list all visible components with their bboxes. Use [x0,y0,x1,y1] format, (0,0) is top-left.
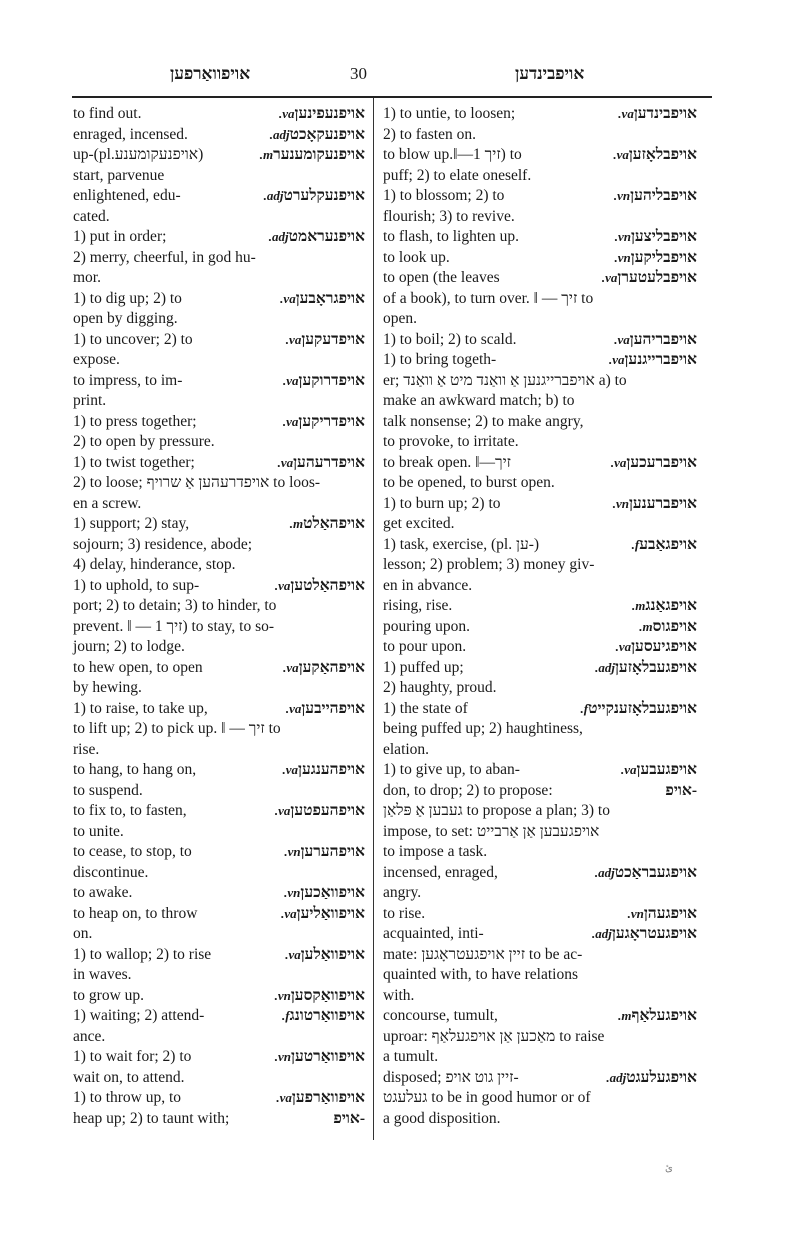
dictionary-line: 1) puffed up;אויפגעבלאָזעןadj. [383,658,697,679]
dictionary-line: puff; 2) to elate oneself. [383,166,697,187]
headword: אויפגעבען [637,761,698,778]
dictionary-line: open. [383,309,697,330]
part-of-speech: va. [275,803,291,818]
part-of-speech: va. [613,147,629,162]
headword: אויפוואַלען [301,946,365,963]
part-of-speech: va. [279,106,295,121]
headword-group: אויפוואַלעןva. [281,945,365,966]
definition-text: 2) to fasten on. [383,125,476,146]
definition-text: to look up. [383,248,450,269]
definition-text: by hewing. [73,678,142,699]
dictionary-line: to hang, to hang on,אויפהענגעןva. [73,760,365,781]
definition-text: 1) to uphold, to sup- [73,576,199,597]
dictionary-line: to awake.אויפוואַכעןvn. [73,883,365,904]
headword: אויפגעהן [644,905,697,922]
definition-text: to flash, to lighten up. [383,227,519,248]
dictionary-line: 2) to loose; אויפדרעהען אַ שרויף to loos… [73,473,365,494]
definition-text: 1) to wallop; 2) to rise [73,945,211,966]
headword-group: אויפהאַלטעןva. [271,576,365,597]
dictionary-line: 1) to bring togeth-אויפברייגנעןva. [383,350,697,371]
headword: אויפבליהען [630,187,697,204]
definition-text: heap up; 2) to taunt with; [73,1109,229,1130]
headword: אויפברעכען [626,454,697,471]
dictionary-line: to impress, to im-אויפדרוקעןva. [73,371,365,392]
dictionary-line: to rise.אויפגעהןvn. [383,904,697,925]
part-of-speech: adj. [264,188,284,203]
dictionary-line: with. [383,986,697,1007]
definition-text: to lift up; 2) to pick up. ‖ — זיך to [73,719,281,740]
definition-text: disposed; זיין גוט אויפ- [383,1068,519,1089]
part-of-speech: vn. [275,988,291,1003]
headword: אויפהאַלטען [290,577,365,594]
definition-text: 1) to press together; [73,412,197,433]
headword-group: אויפהענגעןva. [278,760,365,781]
definition-text: 1) to untie, to loosen; [383,104,515,125]
headword-group: אויפנעקאָכטadj. [266,125,365,146]
headword: אויפוואַקסען [291,987,365,1004]
headword-group: אויפבליקעןvn. [611,248,697,269]
headword: אויפגראָבען [296,290,365,307]
part-of-speech: va. [283,414,299,429]
dictionary-line: en in abvance. [383,576,697,597]
headword: אויפגעטראָגען [612,925,697,942]
definition-text: 1) task, exercise, (pl. ען-) [383,535,539,556]
definition-text: 1) to burn up; 2) to [383,494,501,515]
definition-text: of a book), to turn over. ‖ — זיך to [383,289,593,310]
left-column: to find out.אויפנעפינעןva.enraged, incen… [73,104,365,1129]
dictionary-line: to suspend. [73,781,365,802]
definition-text: to pour upon. [383,637,466,658]
definition-text: lesson; 2) problem; 3) money giv- [383,555,594,576]
definition-text: 1) to bring togeth- [383,350,496,371]
definition-text: get excited. [383,514,454,535]
headword: אויפגעלעגט [626,1069,697,1086]
headword-group: אויפבליהעןvn. [610,186,697,207]
dictionary-line: 1) to raise, to take up,אויפהייבעןva. [73,699,365,720]
headword: אויפדריקען [298,413,365,430]
headword-group: -אויפ [665,781,697,802]
part-of-speech: vn. [615,229,631,244]
headword-group: אויפברעכעןva. [607,453,697,474]
definition-text: 1) puffed up; [383,658,464,679]
headword-group: אויפוואַרטונגf. [278,1006,365,1027]
part-of-speech: va. [278,455,294,470]
definition-text: to awake. [73,883,132,904]
definition-text: er; אויפברייגנען אַ וואַנד מיט אַ וואַנד… [383,371,627,392]
definition-text: cated. [73,207,110,228]
dictionary-line: 2) to open by pressure. [73,432,365,453]
dictionary-line: 1) to wait for; 2) toאויפוואַרטעןvn. [73,1047,365,1068]
definition-text: enraged, incensed. [73,125,188,146]
dictionary-line: to pour upon.אויפגיעסעןva. [383,637,697,658]
part-of-speech: adj. [592,926,612,941]
definition-text: incensed, enraged, [383,863,498,884]
part-of-speech: va. [280,291,296,306]
page-number: 30 [350,64,367,84]
part-of-speech: vn. [615,250,631,265]
definition-text: mor. [73,268,101,289]
part-of-speech: va. [618,106,634,121]
definition-text: 1) to dig up; 2) to [73,289,182,310]
headword: אויפנעפינען [295,105,365,122]
headword-group: אויפוואַכעןvn. [280,883,365,904]
dictionary-line: er; אויפברייגנען אַ וואַנד מיט אַ וואַנד… [383,371,697,392]
part-of-speech: va. [602,270,618,285]
definition-text: up-(pl.אויפנעקומענע) [73,145,203,166]
column-divider [373,98,374,1140]
dictionary-line: make an awkward match; b) to [383,391,697,412]
dictionary-line: to find out.אויפנעפינעןva. [73,104,365,125]
headword-group: אויפוואַרטעןvn. [271,1047,365,1068]
definition-text: a good disposition. [383,1109,501,1130]
headword: אויפהענגען [298,761,365,778]
dictionary-line: en a screw. [73,494,365,515]
dictionary-line: enlightened, edu-אויפנעקלערטadj. [73,186,365,207]
definition-text: prevent. ‖ — זיך 1) to stay, to so- [73,617,274,638]
dictionary-line: 1) to untie, to loosen;אויפבינדעןva. [383,104,697,125]
headword: אויפהייבען [301,700,365,717]
headword-group: אויפגראָבעןva. [276,289,365,310]
dictionary-line: a good disposition. [383,1109,697,1130]
dictionary-line: mor. [73,268,365,289]
part-of-speech: va. [276,1090,292,1105]
dictionary-line: disposed; זיין גוט אויפ-אויפגעלעגטadj. [383,1068,697,1089]
headword: אויפברייגנען [624,351,697,368]
definition-text: 1) to boil; 2) to scald. [383,330,516,351]
part-of-speech: vn. [628,906,644,921]
right-guideword: אויפבינדען [515,64,584,84]
dictionary-line: to hew open, to openאויפהאַקעןva. [73,658,365,679]
part-of-speech: va. [283,660,299,675]
definition-text: to blow up.‖—זיך 1) to [383,145,522,166]
headword-group: אויפבלעטערןva. [598,268,697,289]
headword: אויפברענען [629,495,697,512]
part-of-speech: vn. [614,188,630,203]
definition-text: to hang, to hang on, [73,760,196,781]
dictionary-line: 4) delay, hinderance, stop. [73,555,365,576]
headword: אויפבלעטערן [617,269,697,286]
headword-group: אויפדרעהעןva. [274,453,365,474]
definition-text: to hew open, to open [73,658,203,679]
headword: אויפהערען [301,843,365,860]
definition-text: en a screw. [73,494,141,515]
definition-text: 1) to twist together; [73,453,195,474]
part-of-speech: adj. [606,1070,626,1085]
definition-text: 1) to uncover; 2) to [73,330,193,351]
headword: אויפגעבלאָזען [615,659,697,676]
scan-speck: ئ [665,1163,673,1174]
definition-text: to fix to, to fasten, [73,801,187,822]
headword-group: אויפדריקעןva. [279,412,365,433]
headword-group: אויפגעטראָגעןadj. [588,924,697,945]
part-of-speech: va. [616,639,632,654]
dictionary-line: 1) to give up, to aban-אויפגעבעןva. [383,760,697,781]
headword-group: אויפנעקלערטadj. [260,186,365,207]
definition-text: quainted with, to have relations [383,965,578,986]
definition-text: 1) waiting; 2) attend- [73,1006,204,1027]
definition-text: to unite. [73,822,124,843]
definition-text: print. [73,391,106,412]
dictionary-line: elation. [383,740,697,761]
part-of-speech: vn. [284,885,300,900]
headword: אויפנעקאָכט [290,126,365,143]
definition-text: 2) to open by pressure. [73,432,215,453]
headword-group: אויפגעבראַכטadj. [591,863,697,884]
definition-text: acquainted, inti- [383,924,484,945]
dictionary-line: start, parvenue [73,166,365,187]
dictionary-line: expose. [73,350,365,371]
dictionary-line: 1) to uphold, to sup-אויפהאַלטעןva. [73,576,365,597]
headword-group: אויפהעפטעןva. [271,801,365,822]
headword: אויפהאַלט [303,515,365,532]
dictionary-line: incensed, enraged,אויפגעבראַכטadj. [383,863,697,884]
headword-group: אויפגאַבעf. [628,535,697,556]
definition-text: en in abvance. [383,576,472,597]
headword: אויפגוס [653,618,697,635]
definition-text: being puffed up; 2) haughtiness, [383,719,583,740]
headword: אויפגיעסען [631,638,697,655]
dictionary-line: to be opened, to burst open. [383,473,697,494]
part-of-speech: adj. [595,865,615,880]
headword: אויפנעקלערט [283,187,365,204]
dictionary-line: cated. [73,207,365,228]
right-column: 1) to untie, to loosen;אויפבינדעןva.2) t… [383,104,697,1129]
part-of-speech: adj. [270,127,290,142]
headword: אויפבליצען [631,228,697,245]
headword: אויפדעקען [301,331,365,348]
headword: אויפוואַרפען [292,1089,365,1106]
definition-text: talk nonsense; 2) to make angry, [383,412,583,433]
definition-text: 4) delay, hinderance, stop. [73,555,236,576]
dictionary-line: journ; 2) to lodge. [73,637,365,658]
part-of-speech: va. [281,906,297,921]
definition-text: wait on, to attend. [73,1068,185,1089]
dictionary-line: to cease, to stop, toאויפהערעןvn. [73,842,365,863]
headword-group: אויפדרוקעןva. [279,371,365,392]
headword: אויפבליקען [631,249,697,266]
definition-text: to be opened, to burst open. [383,473,555,494]
part-of-speech: va. [609,352,625,367]
headword-group: אויפהאַלטm. [286,514,365,535]
dictionary-line: to grow up.אויפוואַקסעןvn. [73,986,365,1007]
definition-text: rising, rise. [383,596,452,617]
dictionary-line: wait on, to attend. [73,1068,365,1089]
dictionary-line: rising, rise.אויפגאַנגm. [383,596,697,617]
headword-group: אויפברענעןvn. [609,494,697,515]
definition-text: 1) to wait for; 2) to [73,1047,191,1068]
dictionary-line: don, to drop; 2) to propose:-אויפ [383,781,697,802]
dictionary-line: 1) the state ofאויפגעבלאָזענקייטf. [383,699,697,720]
dictionary-line: rise. [73,740,365,761]
dictionary-line: talk nonsense; 2) to make angry, [383,412,697,433]
dictionary-line: to look up.אויפבליקעןvn. [383,248,697,269]
dictionary-line: open by digging. [73,309,365,330]
headword: אויפדרוקען [299,372,365,389]
definition-text: 1) to throw up, to [73,1088,181,1109]
headword-group: אויפברייגנעןva. [605,350,697,371]
headword: אויפנעקומענער [273,146,365,163]
definition-text: to grow up. [73,986,144,1007]
part-of-speech: vn. [275,1049,291,1064]
definition-text: 2) haughty, proud. [383,678,497,699]
headword: אויפוואַכען [300,884,365,901]
definition-text: 1) to give up, to aban- [383,760,520,781]
dictionary-line: to lift up; 2) to pick up. ‖ — זיך to [73,719,365,740]
headword: -אויפ [665,782,697,799]
definition-text: don, to drop; 2) to propose: [383,781,553,802]
definition-text: געבען אַ פּלאַן to propose a plan; 3) to [383,801,610,822]
part-of-speech: m. [290,516,303,531]
definition-text: 2) merry, cheerful, in god hu- [73,248,256,269]
part-of-speech: m. [639,619,652,634]
headword-group: אויפגאַנגm. [628,596,697,617]
definition-text: on. [73,924,92,945]
part-of-speech: m. [632,598,645,613]
headword-group: אויפוואַקסעןvn. [271,986,365,1007]
dictionary-page: אויפוואַרפען 30 אויפבינדען to find out.א… [0,0,788,1233]
headword-group: אויפבינדעןva. [614,104,697,125]
dictionary-line: 1) to uncover; 2) toאויפדעקעןva. [73,330,365,351]
dictionary-line: ance. [73,1027,365,1048]
dictionary-line: 1) to wallop; 2) to riseאויפוואַלעןva. [73,945,365,966]
dictionary-line: 2) to fasten on. [383,125,697,146]
headword-group: אויפנעפינעןva. [275,104,365,125]
part-of-speech: va. [282,762,298,777]
definition-text: uproar: מאַכען אַן אויפגעלאַף to raise [383,1027,604,1048]
part-of-speech: adj. [595,660,615,675]
headword: אויפהאַקען [299,659,365,676]
dictionary-line: 2) merry, cheerful, in god hu- [73,248,365,269]
definition-text: discontinue. [73,863,148,884]
dictionary-line: 2) haughty, proud. [383,678,697,699]
dictionary-line: a tumult. [383,1047,697,1068]
dictionary-line: being puffed up; 2) haughtiness, [383,719,697,740]
dictionary-line: 1) to throw up, toאויפוואַרפעןva. [73,1088,365,1109]
dictionary-line: pouring upon.אויפגוסm. [383,617,697,638]
dictionary-line: to impose a task. [383,842,697,863]
dictionary-line: print. [73,391,365,412]
dictionary-line: 1) to press together;אויפדריקעןva. [73,412,365,433]
dictionary-line: of a book), to turn over. ‖ — זיך to [383,289,697,310]
dictionary-line: mate: זיין אויפגעטראָגען to be ac- [383,945,697,966]
dictionary-line: concourse, tumult,אויפגעלאַףm. [383,1006,697,1027]
headword-group: אויפגעהןvn. [624,904,697,925]
dictionary-line: to flash, to lighten up.אויפבליצעןvn. [383,227,697,248]
part-of-speech: va. [275,578,291,593]
dictionary-line: 1) to twist together;אויפדרעהעןva. [73,453,365,474]
part-of-speech: f. [581,701,589,716]
definition-text: to rise. [383,904,425,925]
headword-group: אויפגעלעגטadj. [602,1068,697,1089]
part-of-speech: f. [282,1008,290,1023]
dictionary-line: prevent. ‖ — זיך 1) to stay, to so- [73,617,365,638]
dictionary-line: to provoke, to irritate. [383,432,697,453]
part-of-speech: va. [611,455,627,470]
headword-group: אויפגיעסעןva. [612,637,697,658]
definition-text: enlightened, edu- [73,186,181,207]
dictionary-line: quainted with, to have relations [383,965,697,986]
dictionary-line: 1) to burn up; 2) toאויפברענעןvn. [383,494,697,515]
definition-text: rise. [73,740,99,761]
part-of-speech: va. [285,947,301,962]
definition-text: געלעגט to be in good humor or of [383,1088,591,1109]
definition-text: expose. [73,350,120,371]
headword-group: אויפהערעןvn. [280,842,365,863]
left-guideword: אויפוואַרפען [170,64,250,84]
part-of-speech: va. [286,701,302,716]
headword: אויפגאַנג [645,597,697,614]
headword-group: אויפבלאָזעןva. [609,145,697,166]
part-of-speech: m. [260,147,273,162]
definition-text: to suspend. [73,781,143,802]
definition-text: with. [383,986,414,1007]
definition-text: make an awkward match; b) to [383,391,575,412]
dictionary-line: on. [73,924,365,945]
dictionary-line: 1) to dig up; 2) toאויפגראָבעןva. [73,289,365,310]
headword: אויפוואַרטונג [290,1007,365,1024]
headword-group: אויפנעקומענערm. [256,145,365,166]
definition-text: to impress, to im- [73,371,182,392]
headword-group: אויפדעקעןva. [282,330,365,351]
headword: אויפבריהען [630,331,697,348]
headword: אויפבלאָזען [629,146,697,163]
definition-text: to find out. [73,104,141,125]
definition-text: concourse, tumult, [383,1006,498,1027]
dictionary-line: 1) put in order;אויפנעראמטadj. [73,227,365,248]
part-of-speech: va. [283,373,299,388]
dictionary-line: 1) to blossom; 2) toאויפבליהעןvn. [383,186,697,207]
dictionary-line: discontinue. [73,863,365,884]
definition-text: to impose a task. [383,842,487,863]
dictionary-line: to blow up.‖—זיך 1) toאויפבלאָזעןva. [383,145,697,166]
definition-text: open by digging. [73,309,178,330]
part-of-speech: adj. [269,229,289,244]
dictionary-line: געבען אַ פּלאַן to propose a plan; 3) to [383,801,697,822]
dictionary-line: flourish; 3) to revive. [383,207,697,228]
headword-group: אויפהאַקעןva. [279,658,365,679]
definition-text: pouring upon. [383,617,470,638]
dictionary-line: 1) task, exercise, (pl. ען-)אויפגאַבעf. [383,535,697,556]
headword-group: אויפגעבעןva. [617,760,697,781]
definition-text: journ; 2) to lodge. [73,637,185,658]
definition-text: to provoke, to irritate. [383,432,519,453]
definition-text: 1) to raise, to take up, [73,699,208,720]
headword: אויפנעראמט [289,228,365,245]
page-header: אויפוואַרפען 30 אויפבינדען [75,64,715,92]
dictionary-line: lesson; 2) problem; 3) money giv- [383,555,697,576]
headword-group: אויפהייבעןva. [282,699,365,720]
headword: אויפוואַליען [297,905,365,922]
dictionary-line: to fix to, to fasten,אויפהעפטעןva. [73,801,365,822]
dictionary-line: 1) to boil; 2) to scald.אויפבריהעןva. [383,330,697,351]
definition-text: to heap on, to throw [73,904,197,925]
definition-text: 1) support; 2) stay, [73,514,189,535]
headword-group: אויפגעבלאָזענקייטf. [577,699,698,720]
dictionary-line: to heap on, to throwאויפוואַליעןva. [73,904,365,925]
headword-group: אויפגעלאַףm. [614,1006,697,1027]
definition-text: to break open. ‖—זיך [383,453,511,474]
headword: אויפגעלאַף [631,1007,697,1024]
dictionary-line: uproar: מאַכען אַן אויפגעלאַף to raise [383,1027,697,1048]
definition-text: open. [383,309,417,330]
definition-text: sojourn; 3) residence, abode; [73,535,252,556]
definition-text: a tumult. [383,1047,438,1068]
headword: אויפדרעהען [293,454,365,471]
definition-text: puff; 2) to elate oneself. [383,166,531,187]
part-of-speech: va. [286,332,302,347]
definition-text: impose, to set: אויפגעבען אַן אַרבייט [383,822,599,843]
dictionary-line: enraged, incensed.אויפנעקאָכטadj. [73,125,365,146]
